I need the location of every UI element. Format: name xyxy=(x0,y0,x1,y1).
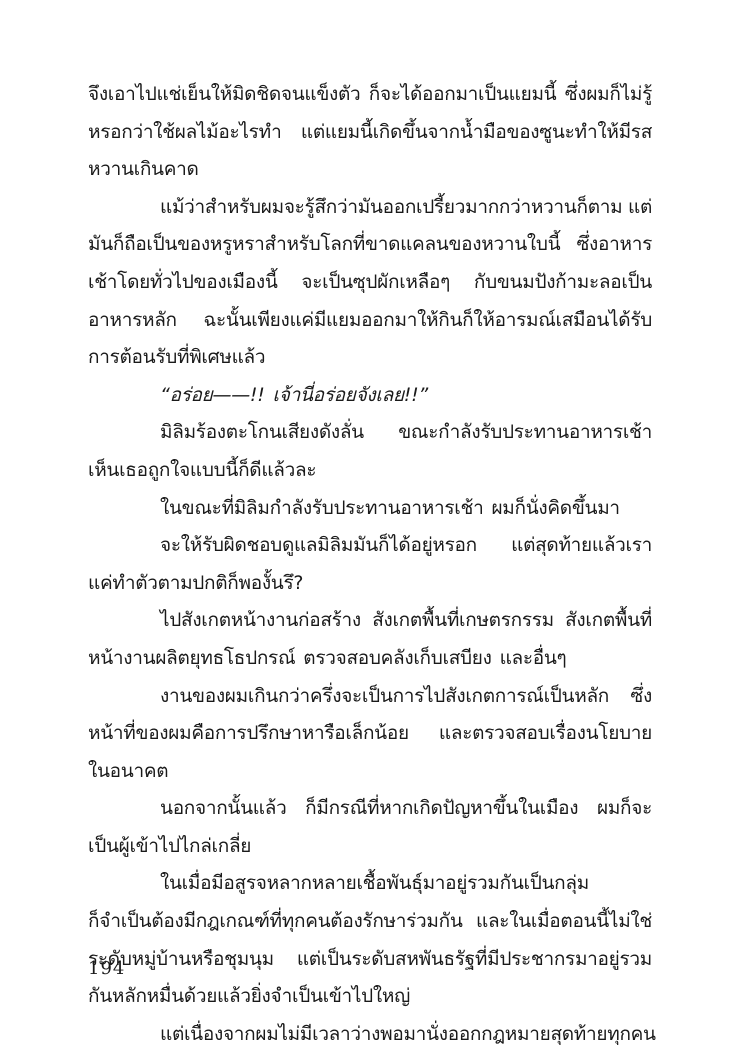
text-word: กันหลักหมื่นด้วยแล้วยิ่งจำเป็นเข้าไปใหญ่ xyxy=(88,978,410,1016)
text-word: เจ้านี่อร่อยจังเลย!!” xyxy=(273,377,428,415)
text-word: มิลิมร้องตะโกนเสียงดังลั่น xyxy=(160,414,364,452)
text-line: ระดับหมู่บ้านหรือชุมนุมแต่เป็นระดับสหพัน… xyxy=(88,941,652,979)
text-line: ไปสังเกตหน้างานก่อสร้างสังเกตพื้นที่เกษต… xyxy=(88,602,652,640)
text-word: ตรวจสอบคลังเก็บเสบียง xyxy=(303,640,491,678)
text-line: หน้างานผลิตยุทธโธปกรณ์ตรวจสอบคลังเก็บเสบ… xyxy=(88,640,652,678)
text-word: เป็นผู้เข้าไปไกล่เกลี่ย xyxy=(88,828,251,866)
text-line: อาหารหลักฉะนั้นเพียงแค่มีแยมออกมาให้กินก… xyxy=(88,302,652,340)
text-word: แต่เป็นระดับสหพันธรัฐที่มีประชากรมาอยู่ร… xyxy=(297,941,652,979)
text-word: ในเมื่อมีอสูรจหลากหลายเชื้อพันธุ์มาอยู่ร… xyxy=(160,865,589,903)
text-word: เช้าโดยทั่วไปของเมืองนี้ xyxy=(88,264,278,302)
text-word: มันก็ถือเป็นของหรูหราสำหรับโลกที่ขาดแคลน… xyxy=(88,226,560,264)
text-line: เป็นผู้เข้าไปไกล่เกลี่ย xyxy=(88,828,652,866)
text-line: หวานเกินคาด xyxy=(88,151,652,189)
text-word: ผมก็จะ xyxy=(597,790,652,828)
text-line: การต้อนรับที่พิเศษแล้ว xyxy=(88,339,652,377)
text-line: หน้าที่ของผมคือการปรึกษาหารือเล็กน้อยและ… xyxy=(88,715,652,753)
text-line: ในเมื่อมีอสูรจหลากหลายเชื้อพันธุ์มาอยู่ร… xyxy=(88,865,652,903)
text-word: แค่ทำตัวตามปกติก็พองั้นรึ? xyxy=(88,565,303,603)
text-line: ในอนาคต xyxy=(88,753,652,791)
text-word: สังเกตพื้นที่เกษตรกรรม xyxy=(372,602,554,640)
text-line: หรอกว่าใช้ผลไม้อะไรทำแต่แยมนี้เกิดขึ้นจา… xyxy=(88,114,652,152)
text-word: ในขณะที่มิลิมกำลังรับประทานอาหารเช้า xyxy=(160,490,483,528)
text-word: ในอนาคต xyxy=(88,753,168,791)
text-line: แต่เนื่องจากผมไม่มีเวลาว่างพอมานั่งออกกฎ… xyxy=(88,1016,652,1051)
text-word: แต่เนื่องจากผมไม่มีเวลาว่างพอมานั่งออกกฎ… xyxy=(160,1016,550,1051)
dialogue-line: “อร่อย——!!เจ้านี่อร่อยจังเลย!!” xyxy=(88,377,652,415)
text-word: และตรวจสอบเรื่องนโยบาย xyxy=(439,715,652,753)
text-line: เช้าโดยทั่วไปของเมืองนี้จะเป็นซุปผักเหลื… xyxy=(88,264,652,302)
text-word: ขณะกำลังรับประทานอาหารเช้า xyxy=(398,414,652,452)
text-word: แต่ xyxy=(628,189,652,227)
text-word: นอกจากนั้นแล้ว xyxy=(160,790,286,828)
text-word: ซึ่งผมก็ไม่รู้ xyxy=(565,76,652,114)
text-word: งานของผมเกินกว่าครึ่งจะเป็นการไปสังเกตกา… xyxy=(160,678,609,716)
text-word: ผมก็นั่งคิดขึ้นมา xyxy=(491,490,619,528)
text-word: ก็จำเป็นต้องมีกฎเกณฑ์ที่ทุกคนต้องรักษาร่… xyxy=(88,903,463,941)
text-word: “อร่อย——!! xyxy=(160,377,265,415)
text-word: ซึ่ง xyxy=(630,678,652,716)
text-word: แต่สุดท้ายแล้วเรา xyxy=(511,527,652,565)
text-line: เห็นเธอถูกใจแบบนี้ก็ดีแล้วละ xyxy=(88,452,652,490)
page-number: 194 xyxy=(88,958,125,979)
text-word: การต้อนรับที่พิเศษแล้ว xyxy=(88,339,265,377)
text-word: ก็จะได้ออกมาเป็นแยมนี้ xyxy=(369,76,557,114)
text-word: จะให้รับผิดชอบดูแลมิลิมมันก็ได้อยู่หรอก xyxy=(160,527,477,565)
text-word: และในเมื่อตอนนี้ไม่ใช่ xyxy=(476,903,652,941)
text-line: แค่ทำตัวตามปกติก็พองั้นรึ? xyxy=(88,565,652,603)
text-word: หวานเกินคาด xyxy=(88,151,199,189)
text-line: นอกจากนั้นแล้วก็มีกรณีที่หากเกิดปัญหาขึ้… xyxy=(88,790,652,828)
text-word: สุดท้ายทุกคน xyxy=(550,1016,655,1051)
text-word: หน้าที่ของผมคือการปรึกษาหารือเล็กน้อย xyxy=(88,715,409,753)
text-line: งานของผมเกินกว่าครึ่งจะเป็นการไปสังเกตกา… xyxy=(88,678,652,716)
text-word: ซึ่งอาหาร xyxy=(576,226,652,264)
text-word: ฉะนั้นเพียงแค่มีแยมออกมาให้กินก็ให้อารมณ… xyxy=(203,302,652,340)
text-word: ไปสังเกตหน้างานก่อสร้าง xyxy=(160,602,361,640)
text-word: เห็นเธอถูกใจแบบนี้ก็ดีแล้วละ xyxy=(88,452,316,490)
text-line: มันก็ถือเป็นของหรูหราสำหรับโลกที่ขาดแคลน… xyxy=(88,226,652,264)
text-word: หรอกว่าใช้ผลไม้อะไรทำ xyxy=(88,114,281,152)
text-line: จะให้รับผิดชอบดูแลมิลิมมันก็ได้อยู่หรอกแ… xyxy=(88,527,652,565)
text-word: อาหารหลัก xyxy=(88,302,177,340)
text-line: แม้ว่าสำหรับผมจะรู้สึกว่ามันออกเปรี้ยวมา… xyxy=(88,189,652,227)
text-line: ก็จำเป็นต้องมีกฎเกณฑ์ที่ทุกคนต้องรักษาร่… xyxy=(88,903,652,941)
text-word: หน้างานผลิตยุทธโธปกรณ์ xyxy=(88,640,295,678)
text-word: จะเป็นซุปผักเหลือๆ xyxy=(301,264,450,302)
text-line: ในขณะที่มิลิมกำลังรับประทานอาหารเช้าผมก็… xyxy=(88,490,652,528)
text-word: ก็มีกรณีที่หากเกิดปัญหาขึ้นในเมือง xyxy=(305,790,578,828)
text-word: แม้ว่าสำหรับผมจะรู้สึกว่ามันออกเปรี้ยวมา… xyxy=(160,189,622,227)
text-word: กับขนมปังก้ามะลอเป็น xyxy=(474,264,652,302)
text-line: มิลิมร้องตะโกนเสียงดังลั่นขณะกำลังรับประ… xyxy=(88,414,652,452)
text-line: กันหลักหมื่นด้วยแล้วยิ่งจำเป็นเข้าไปใหญ่ xyxy=(88,978,652,1016)
text-word: จึงเอาไปแช่เย็นให้มิดชิดจนแข็งตัว xyxy=(88,76,360,114)
text-word: สังเกตพื้นที่ xyxy=(565,602,652,640)
text-word: แต่แยมนี้เกิดขึ้นจากน้ำมือของซูนะทำให้มี… xyxy=(301,114,652,152)
text-line: จึงเอาไปแช่เย็นให้มิดชิดจนแข็งตัวก็จะได้… xyxy=(88,76,652,114)
book-page-body: จึงเอาไปแช่เย็นให้มิดชิดจนแข็งตัวก็จะได้… xyxy=(88,76,652,1051)
text-word: และอื่นๆ xyxy=(500,640,567,678)
